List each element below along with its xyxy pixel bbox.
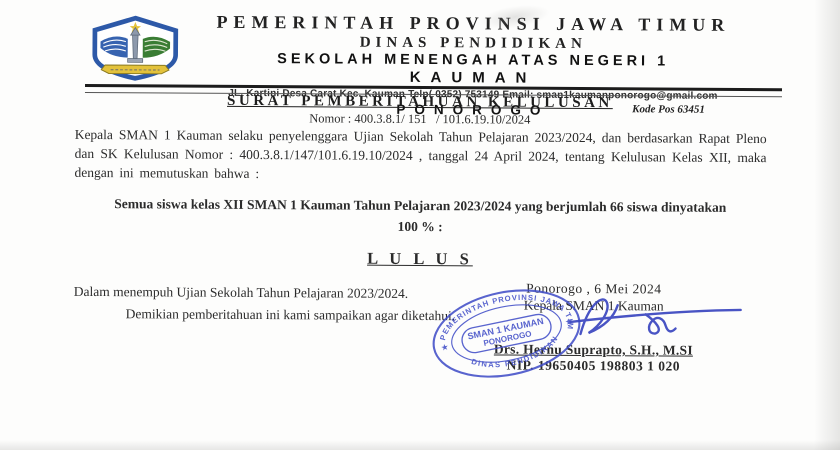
graduation-result: L U L U S <box>74 245 766 273</box>
signature-final-glyph <box>646 314 676 333</box>
decision-statement: Semua siswa kelas XII SMAN 1 Kauman Tahu… <box>105 195 735 239</box>
letterhead-government: PEMERINTAH PROVINSI JAWA TIMUR <box>183 13 763 36</box>
emblem-monument-base <box>128 59 143 63</box>
opening-paragraph: Kepala SMAN 1 Kauman selaku penyelenggar… <box>74 125 766 187</box>
letter-document: PEMERINTAH PROVINSI JAWA TIMUR DINAS PEN… <box>0 0 840 450</box>
letter-title-block: SURAT PEMBERITAHUAN KELULUSAN Nomor : 40… <box>140 92 700 128</box>
signature-tail <box>571 309 741 323</box>
letter-title: SURAT PEMBERITAHUAN KELULUSAN <box>140 92 700 112</box>
east-java-emblem-logo <box>88 15 182 82</box>
stamp-star-left-icon: ★ <box>440 341 450 352</box>
letterhead-department: DINAS PENDIDIKAN <box>183 33 763 53</box>
scanned-letter-page: PEMERINTAH PROVINSI JAWA TIMUR DINAS PEN… <box>0 0 840 450</box>
signature-scribble <box>550 292 746 341</box>
emblem-monument <box>132 34 138 58</box>
